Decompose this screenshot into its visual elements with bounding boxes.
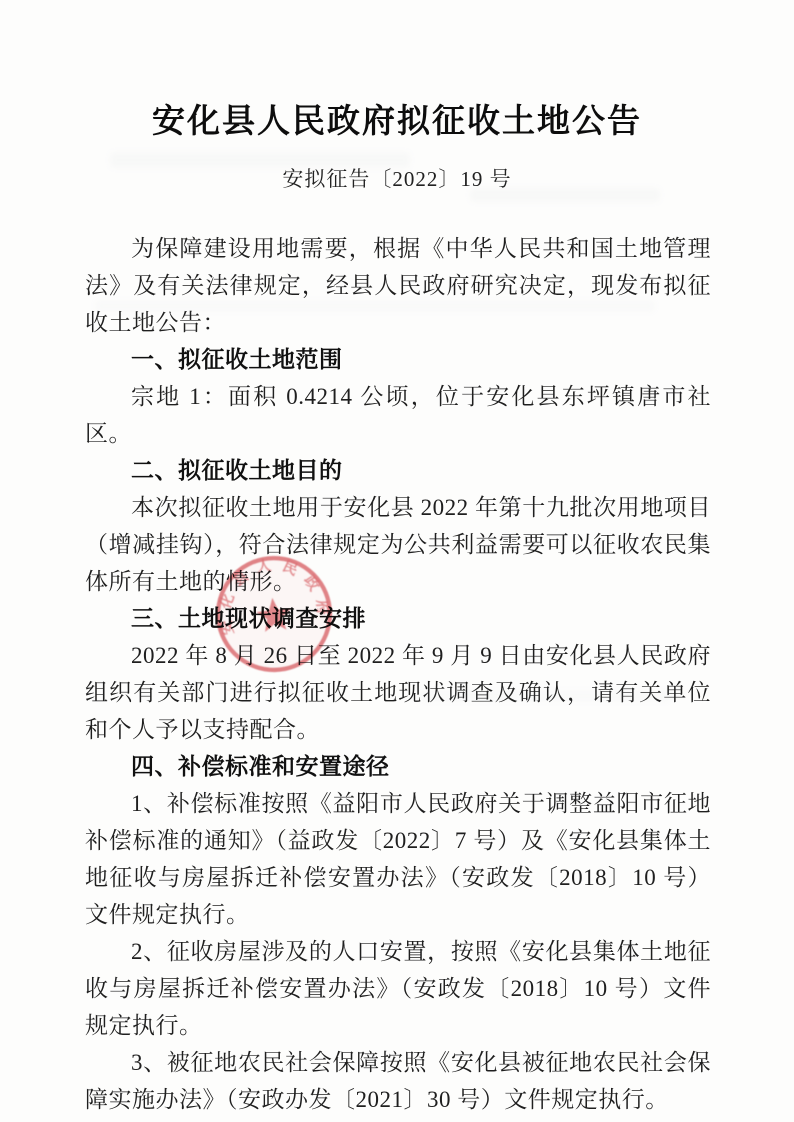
section-heading-2: 二、拟征收土地目的 bbox=[85, 452, 711, 489]
document-body: 为保障建设用地需要，根据《中华人民共和国土地管理法》及有关法律规定，经县人民政府… bbox=[85, 230, 711, 1118]
section-heading-3: 三、土地现状调查安排 bbox=[85, 600, 711, 637]
intro-paragraph: 为保障建设用地需要，根据《中华人民共和国土地管理法》及有关法律规定，经县人民政府… bbox=[85, 230, 711, 341]
section-heading-1: 一、拟征收土地范围 bbox=[85, 341, 711, 378]
section-2-paragraph: 本次拟征收土地用于安化县 2022 年第十九批次用地项目（增减挂钩），符合法律规… bbox=[85, 489, 711, 600]
section-4-paragraph-2: 2、征收房屋涉及的人口安置，按照《安化县集体土地征收与房屋拆迁补偿安置办法》（安… bbox=[85, 933, 711, 1044]
section-heading-4: 四、补偿标准和安置途径 bbox=[85, 748, 711, 785]
document-page: 安化县人民政府拟征收土地公告 安拟征告〔2022〕19 号 为保障建设用地需要，… bbox=[0, 0, 794, 1122]
section-3-paragraph: 2022 年 8 月 26 日至 2022 年 9 月 9 日由安化县人民政府组… bbox=[85, 637, 711, 748]
section-1-paragraph: 宗地 1：面积 0.4214 公顷，位于安化县东坪镇唐市社区。 bbox=[85, 378, 711, 452]
section-4-paragraph-1: 1、补偿标准按照《益阳市人民政府关于调整益阳市征地补偿标准的通知》（益政发〔20… bbox=[85, 785, 711, 933]
document-title: 安化县人民政府拟征收土地公告 bbox=[0, 102, 794, 142]
document-number: 安拟征告〔2022〕19 号 bbox=[0, 165, 794, 193]
section-4-paragraph-3: 3、被征地农民社会保障按照《安化县被征地农民社会保障实施办法》（安政办发〔202… bbox=[85, 1044, 711, 1118]
